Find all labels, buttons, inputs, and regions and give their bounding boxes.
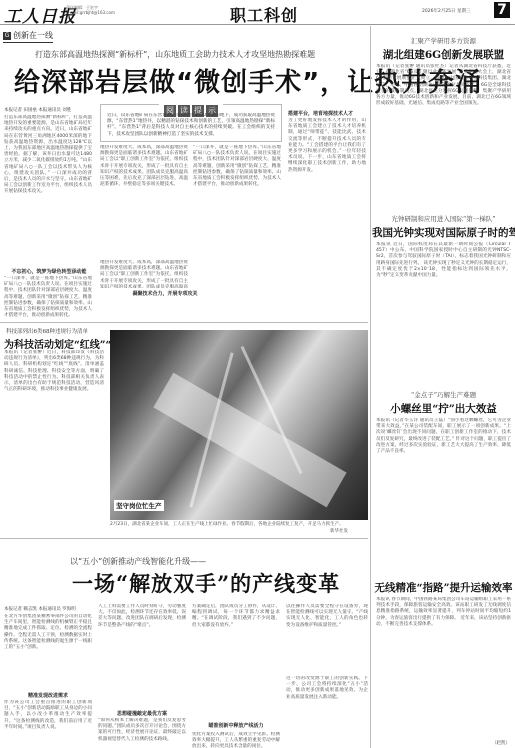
right-story3-text: 本报讯（记者毕玉洋 通讯员王磊）“别小看这颗螺丝，它可为企业带来大效益。”在某公…: [376, 418, 511, 564]
right-story2-kicker: 光钟研制和应用进入国际“第一梯队”: [372, 214, 515, 223]
page-section-title: 职工科创: [230, 3, 298, 26]
right-story1-kicker: 汇聚产学研用多方资源: [372, 36, 515, 45]
page-date: 2026年2月25日 星期三: [422, 8, 470, 14]
bottom-col3-text: 方案确定后，团队成员分工协作，从设计、编程到调试，每一个环节都力求精益求精。“在…: [192, 604, 280, 716]
page-number: 7: [494, 2, 510, 18]
lead-col2-text: 地热开发难度大、成本高，深部高温地热资源勘探更是面临诸多技术难题。山东省地矿局工…: [100, 145, 188, 255]
lead-col1b-text: “一口深井，就是一座地下热库。”山东省地矿局八○一队技术负责人说。在项目实施过程…: [4, 276, 92, 320]
section-tag: G创新在一线: [3, 30, 53, 43]
masthead-meta: 责任编辑：于宏宇 E-mail:grrbjht@163.com: [66, 5, 115, 15]
lead-col3-subhead: 搭建平台，培育地探技术人才: [288, 110, 368, 117]
bottom-col3-subhead: 瞄准创新中释放产线活力: [192, 722, 280, 729]
lead-kicker: 打造东部高温地热探测“新标杆”，山东地质工会助力技术人才攻坚地热勘探难题: [35, 49, 315, 60]
right-story1-headline: 湖北组建6G创新发展联盟: [372, 47, 515, 62]
bottom-col2-subhead: 思想碰撞敲定最优方案: [98, 710, 186, 717]
factory-photo: 坚守岗位忙生产: [110, 330, 368, 520]
right-column-divider: [370, 26, 371, 748]
lead-col2b-text: “一口深井，就是一座地下热库。”山东省地矿局八○一队技术负责人说。在项目实施过程…: [193, 145, 281, 275]
email-line: E-mail:grrbjht@163.com: [66, 10, 115, 15]
photo-credit: 新华社发: [330, 529, 348, 535]
right-story2-headline: 我国光钟实现对国际原子时的驾驭: [372, 225, 515, 240]
right-story3-headline: 小螺丝里“拧”出大效益: [372, 401, 515, 416]
lead-col2c-text: 地热开发难度大、成本高，深部高温地热资源勘探更是面临诸多技术难题。山东省地矿局工…: [100, 260, 188, 288]
bottom-col1-text: 在北方华创集团某精密零部件公司的自动化生产车间里，智能检测线的机械臂正平稳且精准…: [4, 614, 92, 674]
lead-col2-subhead: 凝聚技术合力，开展专项攻关: [120, 290, 210, 297]
bottom-byline: 本报记者 赖志凯 本报通讯员 罗海明: [4, 606, 76, 612]
bottom-kicker: 以“五小”创新推动产线智能化升级——: [70, 556, 206, 567]
reading-summary-box: 阅读提示 近日，山东省地矿局在东营黄河三角洲地区4000米深的地下，成功获取高温…: [100, 104, 282, 142]
innovation-badge-icon: G: [3, 32, 11, 40]
bottom-col1b-text: 作为该公司工会重点推进的职工创新项目，“五小”创新活动鼓励职工从身边的小问题入手…: [4, 700, 92, 746]
bottom-col1-subhead: 精准发现改进需求: [4, 692, 92, 699]
lead-col1-subhead: 不忘初心，筑梦为绿色转型添动能: [4, 268, 94, 275]
bottom-col3b-text: 优化方案投入测试后，成效立竿见影。检测效率大幅提升，工人从繁重的重复劳动中解放出…: [192, 732, 280, 748]
section-tag-label: 创新在一线: [13, 31, 53, 40]
bottom-headline: 一场“解放双手”的产线变革: [72, 568, 340, 598]
right-story1-text: 本报讯（记者张翀 通讯员张杜杰）记者从湖北省科技厅获悉，近日，在湖北省“6G及汇…: [376, 64, 511, 200]
bottom-col2-text: 人工上料需要工作人员时刻盯守，劳动强度大。不仅如此，检测环节还存在效率低、误差大…: [98, 604, 186, 708]
reading-summary-text: 近日，山东省地矿局在东营黄河三角洲地区4000米深的地下，成功获取高温地热资源，…: [107, 113, 275, 139]
left-story-text: 本报讯（记者张翀）近日，科技部印发《科技活动违规行为清单》，列出6类68种违规行…: [4, 350, 104, 530]
right-story4-text: 本报讯 春节期间，中国铁路某局集团公司车站运输组职工采用一系列技术手段，保障旅客…: [376, 597, 511, 737]
right-story4-headline: 无线精准“指路”提升运输效率: [372, 580, 515, 595]
left-story-kicker: 科技部列出6类68种违规行为清单: [6, 327, 88, 335]
bottom-col2b-text: “如何从根本上解决难题，是我们反复思考的问题。”团队成员多次召开讨论会，围绕方案…: [98, 718, 186, 748]
right-story2-text: 本报讯 近日，国际权度局在其最新一期时间公报（Circular T 457）中公…: [376, 242, 511, 382]
right-story3-kicker: “金点子”巧解生产难题: [372, 390, 515, 399]
bottom-col4-text: 以往操作人员需要全程守在设备旁，现在智能检测线可以实现无人值守。“产线实现无人化…: [286, 604, 368, 674]
photo-tag: 坚守岗位忙生产: [114, 500, 164, 511]
bottom-section-rule: [0, 538, 368, 539]
bottom-col4b-text: 这一切的改变源于职工的创新实践。下一步，公司工会将持续深化“五小”活动，推动更多…: [286, 676, 368, 742]
masthead-rule: [0, 24, 515, 25]
lead-bottom-rule: [0, 322, 368, 323]
end-mark: （赵凯）: [492, 740, 510, 746]
lead-col3-text: 为了更好地发挥技术人才的作用，山东省地质工会建立了技术人才培养机制，通过“师带徒…: [288, 118, 366, 318]
lead-col1-text: 打造东部高温地热探测“新标杆”，打造高温地热开发的重要能源，是山东省地矿局近年来…: [4, 115, 92, 265]
lead-byline: 本报记者 田国垒 本报通讯员 刘胜: [4, 107, 71, 113]
